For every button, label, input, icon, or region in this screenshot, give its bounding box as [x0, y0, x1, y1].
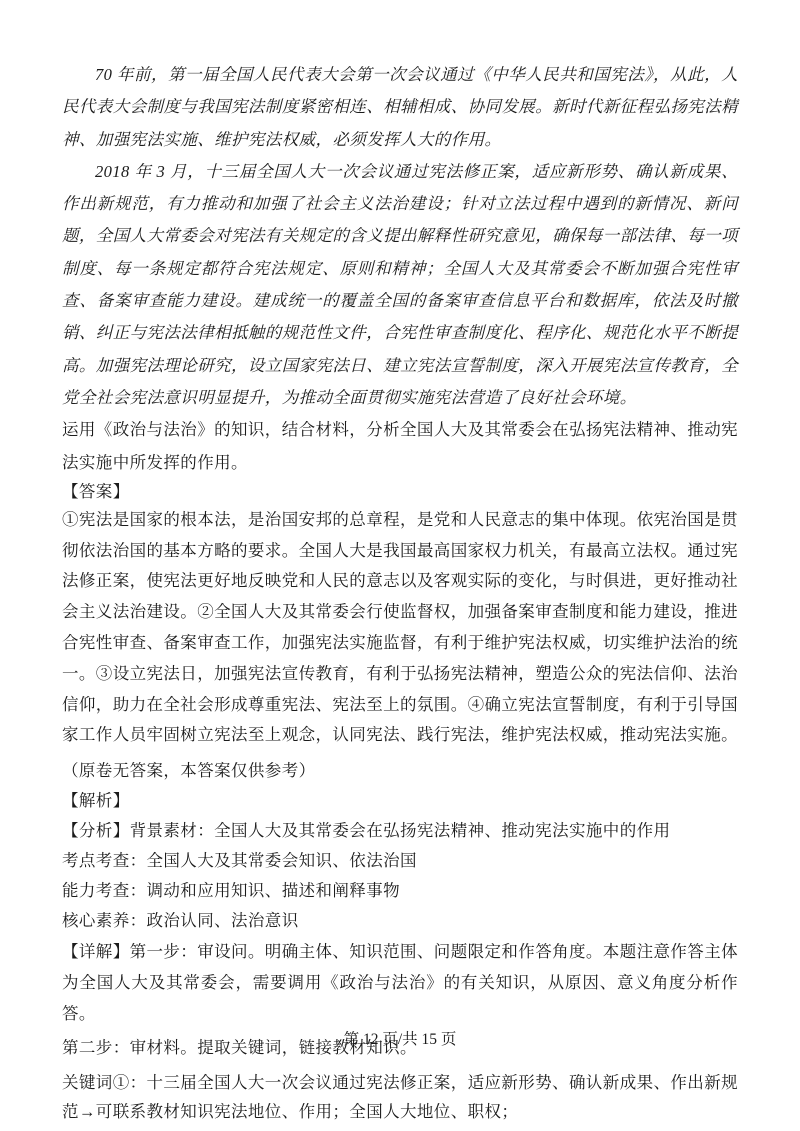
ability-line: 能力考查：调动和应用知识、描述和阐释事物 — [62, 876, 738, 906]
answer-note: （原卷无答案，本答案仅供参考） — [62, 756, 738, 786]
document-page: 70 年前，第一届全国人民代表大会第一次会议通过《中华人民共和国宪法》，从此，人… — [0, 0, 800, 1131]
material-paragraph-2: 2018 年 3 月，十三届全国人大一次会议通过宪法修正案，适应新形势、确认新成… — [62, 156, 738, 414]
answer-label: 【答案】 — [62, 479, 738, 505]
core-literacy-line: 核心素养：政治认同、法治意识 — [62, 906, 738, 936]
analysis-line: 【分析】背景素材：全国人大及其常委会在弘扬宪法精神、推动宪法实施中的作用 — [62, 816, 738, 846]
page-content: 70 年前，第一届全国人民代表大会第一次会议通过《中华人民共和国宪法》，从此，人… — [0, 0, 800, 1126]
question-text: 运用《政治与法治》的知识，结合材料，分析全国人大及其常委会在弘扬宪法精神、推动宪… — [62, 414, 738, 479]
material-paragraph-1: 70 年前，第一届全国人民代表大会第一次会议通过《中华人民共和国宪法》，从此，人… — [62, 59, 738, 156]
exam-points-line: 考点考查：全国人大及其常委会知识、依法治国 — [62, 846, 738, 876]
keyword1-line: 关键词①：十三届全国人大一次会议通过宪法修正案，适应新形势、确认新成果、作出新规… — [62, 1068, 738, 1126]
page-number-footer: 第 12 页/共 15 页 — [0, 1030, 800, 1050]
explanation-label: 【解析】 — [62, 786, 738, 816]
answer-body: ①宪法是国家的根本法，是治国安邦的总章程，是党和人民意志的集中体现。依宪治国是贯… — [62, 505, 738, 751]
detail-step1: 【详解】第一步：审设问。明确主体、知识范围、问题限定和作答角度。本题注意作答主体… — [62, 936, 738, 1029]
